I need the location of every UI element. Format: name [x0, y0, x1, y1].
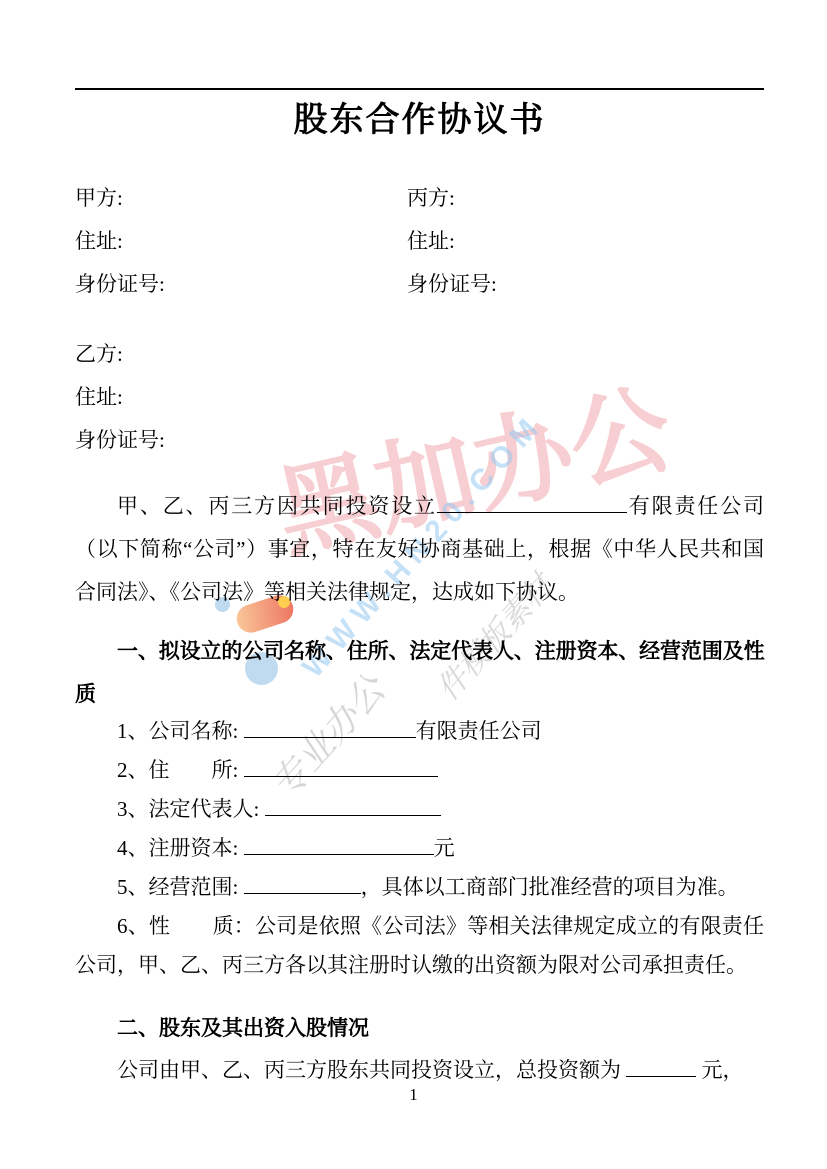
item-1-blank-line — [244, 716, 416, 738]
item-5-label: 5、经营范围: — [117, 875, 238, 899]
company-name-blank-line — [437, 491, 627, 513]
section2-heading: 二、股东及其出资入股情况 — [75, 1007, 764, 1049]
item-2-label: 2、住 所: — [117, 758, 238, 782]
document-content: 股东合作协议书 甲方: 丙方: 住址: 住址: 身份证号: 身份证号: 乙方: … — [75, 0, 764, 1091]
party-c-label: 丙方: — [407, 177, 764, 220]
item-5-suffix: ，具体以工商部门批准经营的项目为准。 — [361, 875, 739, 899]
item-1-label: 1、公司名称: — [117, 719, 238, 743]
item-registered-capital: 4、注册资本: 元 — [75, 829, 764, 868]
page-number: 1 — [0, 1084, 827, 1106]
party-c-id-label: 身份证号: — [407, 263, 764, 306]
item-3-blank-line — [265, 794, 441, 816]
party-a-label: 甲方: — [75, 177, 407, 220]
party-c-address-label: 住址: — [407, 220, 764, 263]
section1-items: 1、公司名称: 有限责任公司 2、住 所: 3、法定代表人: 4、注册资本: 元… — [75, 712, 764, 985]
party-b-address-label: 住址: — [75, 376, 764, 419]
item-3-label: 3、法定代表人: — [117, 797, 259, 821]
item-4-suffix: 元 — [434, 836, 455, 860]
intro-paragraph: 甲、乙、丙三方因共同投资设立有限责任公司（以下简称“公司”）事宜，特在友好协商基… — [75, 485, 764, 614]
item-business-scope: 5、经营范围: ，具体以工商部门批准经营的项目为准。 — [75, 868, 764, 907]
header-rule — [75, 88, 764, 90]
item-address: 2、住 所: — [75, 751, 764, 790]
document-page: 黑加办公 WWW.HN20.COM 专业办公 件模板素材 股东合作协议书 甲方:… — [0, 0, 827, 1169]
section2-prefix: 公司由甲、乙、丙三方股东共同投资设立，总投资额为 — [117, 1058, 621, 1082]
party-a-id-label: 身份证号: — [75, 263, 407, 306]
section2-suffix: 元， — [702, 1058, 744, 1082]
party-b-id-label: 身份证号: — [75, 419, 764, 462]
party-a-c-block: 甲方: 丙方: 住址: 住址: 身份证号: 身份证号: — [75, 177, 764, 306]
party-b-label: 乙方: — [75, 333, 764, 376]
section1-heading: 一、拟设立的公司名称、住所、法定代表人、注册资本、经营范围及性质 — [75, 630, 764, 716]
total-investment-blank-line — [626, 1055, 696, 1077]
intro-prefix: 甲、乙、丙三方因共同投资设立 — [117, 494, 437, 518]
item-4-label: 4、注册资本: — [117, 836, 238, 860]
item-company-name: 1、公司名称: 有限责任公司 — [75, 712, 764, 751]
party-a-address-label: 住址: — [75, 220, 407, 263]
item-2-blank-line — [244, 755, 438, 777]
item-6-label: 6、性 质： — [117, 914, 255, 938]
item-5-blank-line — [244, 872, 361, 894]
party-b-block: 乙方: 住址: 身份证号: — [75, 333, 764, 462]
item-legal-representative: 3、法定代表人: — [75, 790, 764, 829]
item-1-suffix: 有限责任公司 — [416, 719, 542, 743]
page-title: 股东合作协议书 — [75, 99, 764, 143]
item-nature: 6、性 质：公司是依照《公司法》等相关法律规定成立的有限责任公司，甲、乙、丙三方… — [75, 907, 764, 985]
item-4-blank-line — [244, 833, 434, 855]
